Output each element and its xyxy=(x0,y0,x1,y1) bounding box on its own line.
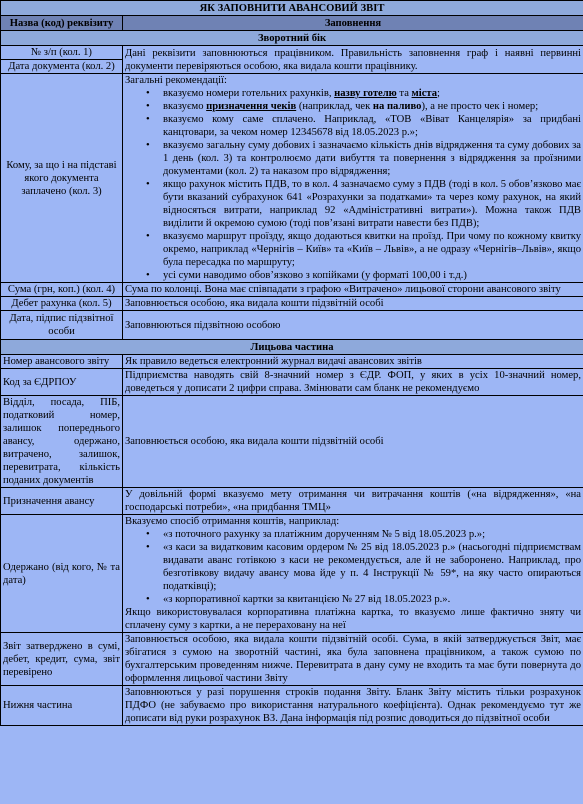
table-row: Кому, за що і на підставі якого документ… xyxy=(1,74,583,283)
row-text-sign: Заповнюються підзвітною особою xyxy=(123,311,583,340)
column-header-filling: Заповнення xyxy=(123,16,583,31)
received-intro: Вказуємо спосіб отримання коштів, наприк… xyxy=(125,515,581,528)
row-label-sign: Дата, підпис підзвітної особи xyxy=(1,311,123,340)
list-item: «з каси за видатковим касовим ордером № … xyxy=(163,541,581,593)
row-text-col1-2: Дані реквізити заповнюються працівником.… xyxy=(123,46,583,74)
row-label-edrpou: Код за ЄДРПОУ xyxy=(1,369,123,396)
list-item: «з корпоративної картки за квитанцією № … xyxy=(163,593,581,606)
row-label-col5: Дебет рахунка (кол. 5) xyxy=(1,297,123,311)
row-text-edrpou: Підприємства наводять свій 8-значний ном… xyxy=(123,369,583,396)
row-label-purpose: Призначення авансу xyxy=(1,488,123,515)
list-item: вказуємо кому саме сплачено. Наприклад, … xyxy=(163,113,581,139)
table-row: Номер авансового звіту Як правило ведеть… xyxy=(1,355,583,369)
table-row: Сума (грн, коп.) (кол. 4) Сума по колонц… xyxy=(1,283,583,297)
row-text-received: Вказуємо спосіб отримання коштів, наприк… xyxy=(123,515,583,633)
section-row-back: Зворотний бік xyxy=(1,31,583,46)
row-label-report-no: Номер авансового звіту xyxy=(1,355,123,369)
row-label-received: Одержано (від кого, № та дата) xyxy=(1,515,123,633)
list-item: вказуємо номери готельних рахунків, назв… xyxy=(163,87,581,100)
table-row: № з/п (кол. 1) Дані реквізити заповнюють… xyxy=(1,46,583,60)
list-item: вказуємо маршрут проїзду, якщо додаються… xyxy=(163,230,581,269)
section-row-front: Лицьова частина xyxy=(1,340,583,355)
list-item: «з поточного рахунку за платіжним доруче… xyxy=(163,528,581,541)
row-text-bottom: Заповнюються у разі порушення строків по… xyxy=(123,686,583,726)
table-row: Відділ, посада, ПІБ, податковий номер, з… xyxy=(1,396,583,488)
row-text-purpose: У довільній формі вказуємо мету отриманн… xyxy=(123,488,583,515)
title-row: ЯК ЗАПОВНИТИ АВАНСОВИЙ ЗВІТ xyxy=(1,1,583,16)
recommendations-list: вказуємо номери готельних рахунків, назв… xyxy=(125,87,581,282)
section-title-back: Зворотний бік xyxy=(1,31,583,46)
received-list: «з поточного рахунку за платіжним доруче… xyxy=(125,528,581,606)
row-text-col3: Загальні рекомендації: вказуємо номери г… xyxy=(123,74,583,283)
table-row: Одержано (від кого, № та дата) Вказуємо … xyxy=(1,515,583,633)
row-text-dept: Заповнюється особою, яка видала кошти пі… xyxy=(123,396,583,488)
row-label-col3: Кому, за що і на підставі якого документ… xyxy=(1,74,123,283)
advance-report-guide-table: ЯК ЗАПОВНИТИ АВАНСОВИЙ ЗВІТ Назва (код) … xyxy=(0,0,583,726)
header-row: Назва (код) реквізиту Заповнення xyxy=(1,16,583,31)
table-row: Призначення авансу У довільній формі вка… xyxy=(1,488,583,515)
row-text-report-no: Як правило ведеться електронний журнал в… xyxy=(123,355,583,369)
list-item: вказуємо призначення чеків (наприклад, ч… xyxy=(163,100,581,113)
section-title-front: Лицьова частина xyxy=(1,340,583,355)
list-item: усі суми наводимо обов’язково з копійкам… xyxy=(163,269,581,282)
table-title: ЯК ЗАПОВНИТИ АВАНСОВИЙ ЗВІТ xyxy=(1,1,583,16)
row-label-approved: Звіт затверджено в сумі, дебет, кредит, … xyxy=(1,633,123,686)
row-label-bottom: Нижня частина xyxy=(1,686,123,726)
row-label-dept: Відділ, посада, ПІБ, податковий номер, з… xyxy=(1,396,123,488)
row-text-col5: Заповнюється особою, яка видала кошти пі… xyxy=(123,297,583,311)
row-text-approved: Заповнюється особою, яка видала кошти пі… xyxy=(123,633,583,686)
received-outro: Якщо використовувалася корпоративна плат… xyxy=(125,606,581,632)
table-row: Код за ЄДРПОУ Підприємства наводять свій… xyxy=(1,369,583,396)
row-label-col2: Дата документа (кол. 2) xyxy=(1,60,123,74)
table-row: Нижня частина Заповнюються у разі поруше… xyxy=(1,686,583,726)
table-row: Дата, підпис підзвітної особи Заповнюють… xyxy=(1,311,583,340)
row-label-col4: Сума (грн, коп.) (кол. 4) xyxy=(1,283,123,297)
table-row: Звіт затверджено в сумі, дебет, кредит, … xyxy=(1,633,583,686)
list-item: якщо рахунок містить ПДВ, то в кол. 4 за… xyxy=(163,178,581,230)
row-text-col4: Сума по колонці. Вона має співпадати з г… xyxy=(123,283,583,297)
table-row: Дебет рахунка (кол. 5) Заповнюється особ… xyxy=(1,297,583,311)
general-recommendations-intro: Загальні рекомендації: xyxy=(125,74,581,87)
row-label-col1: № з/п (кол. 1) xyxy=(1,46,123,60)
list-item: вказуємо загальну суму добових і зазнача… xyxy=(163,139,581,178)
column-header-requisite: Назва (код) реквізиту xyxy=(1,16,123,31)
